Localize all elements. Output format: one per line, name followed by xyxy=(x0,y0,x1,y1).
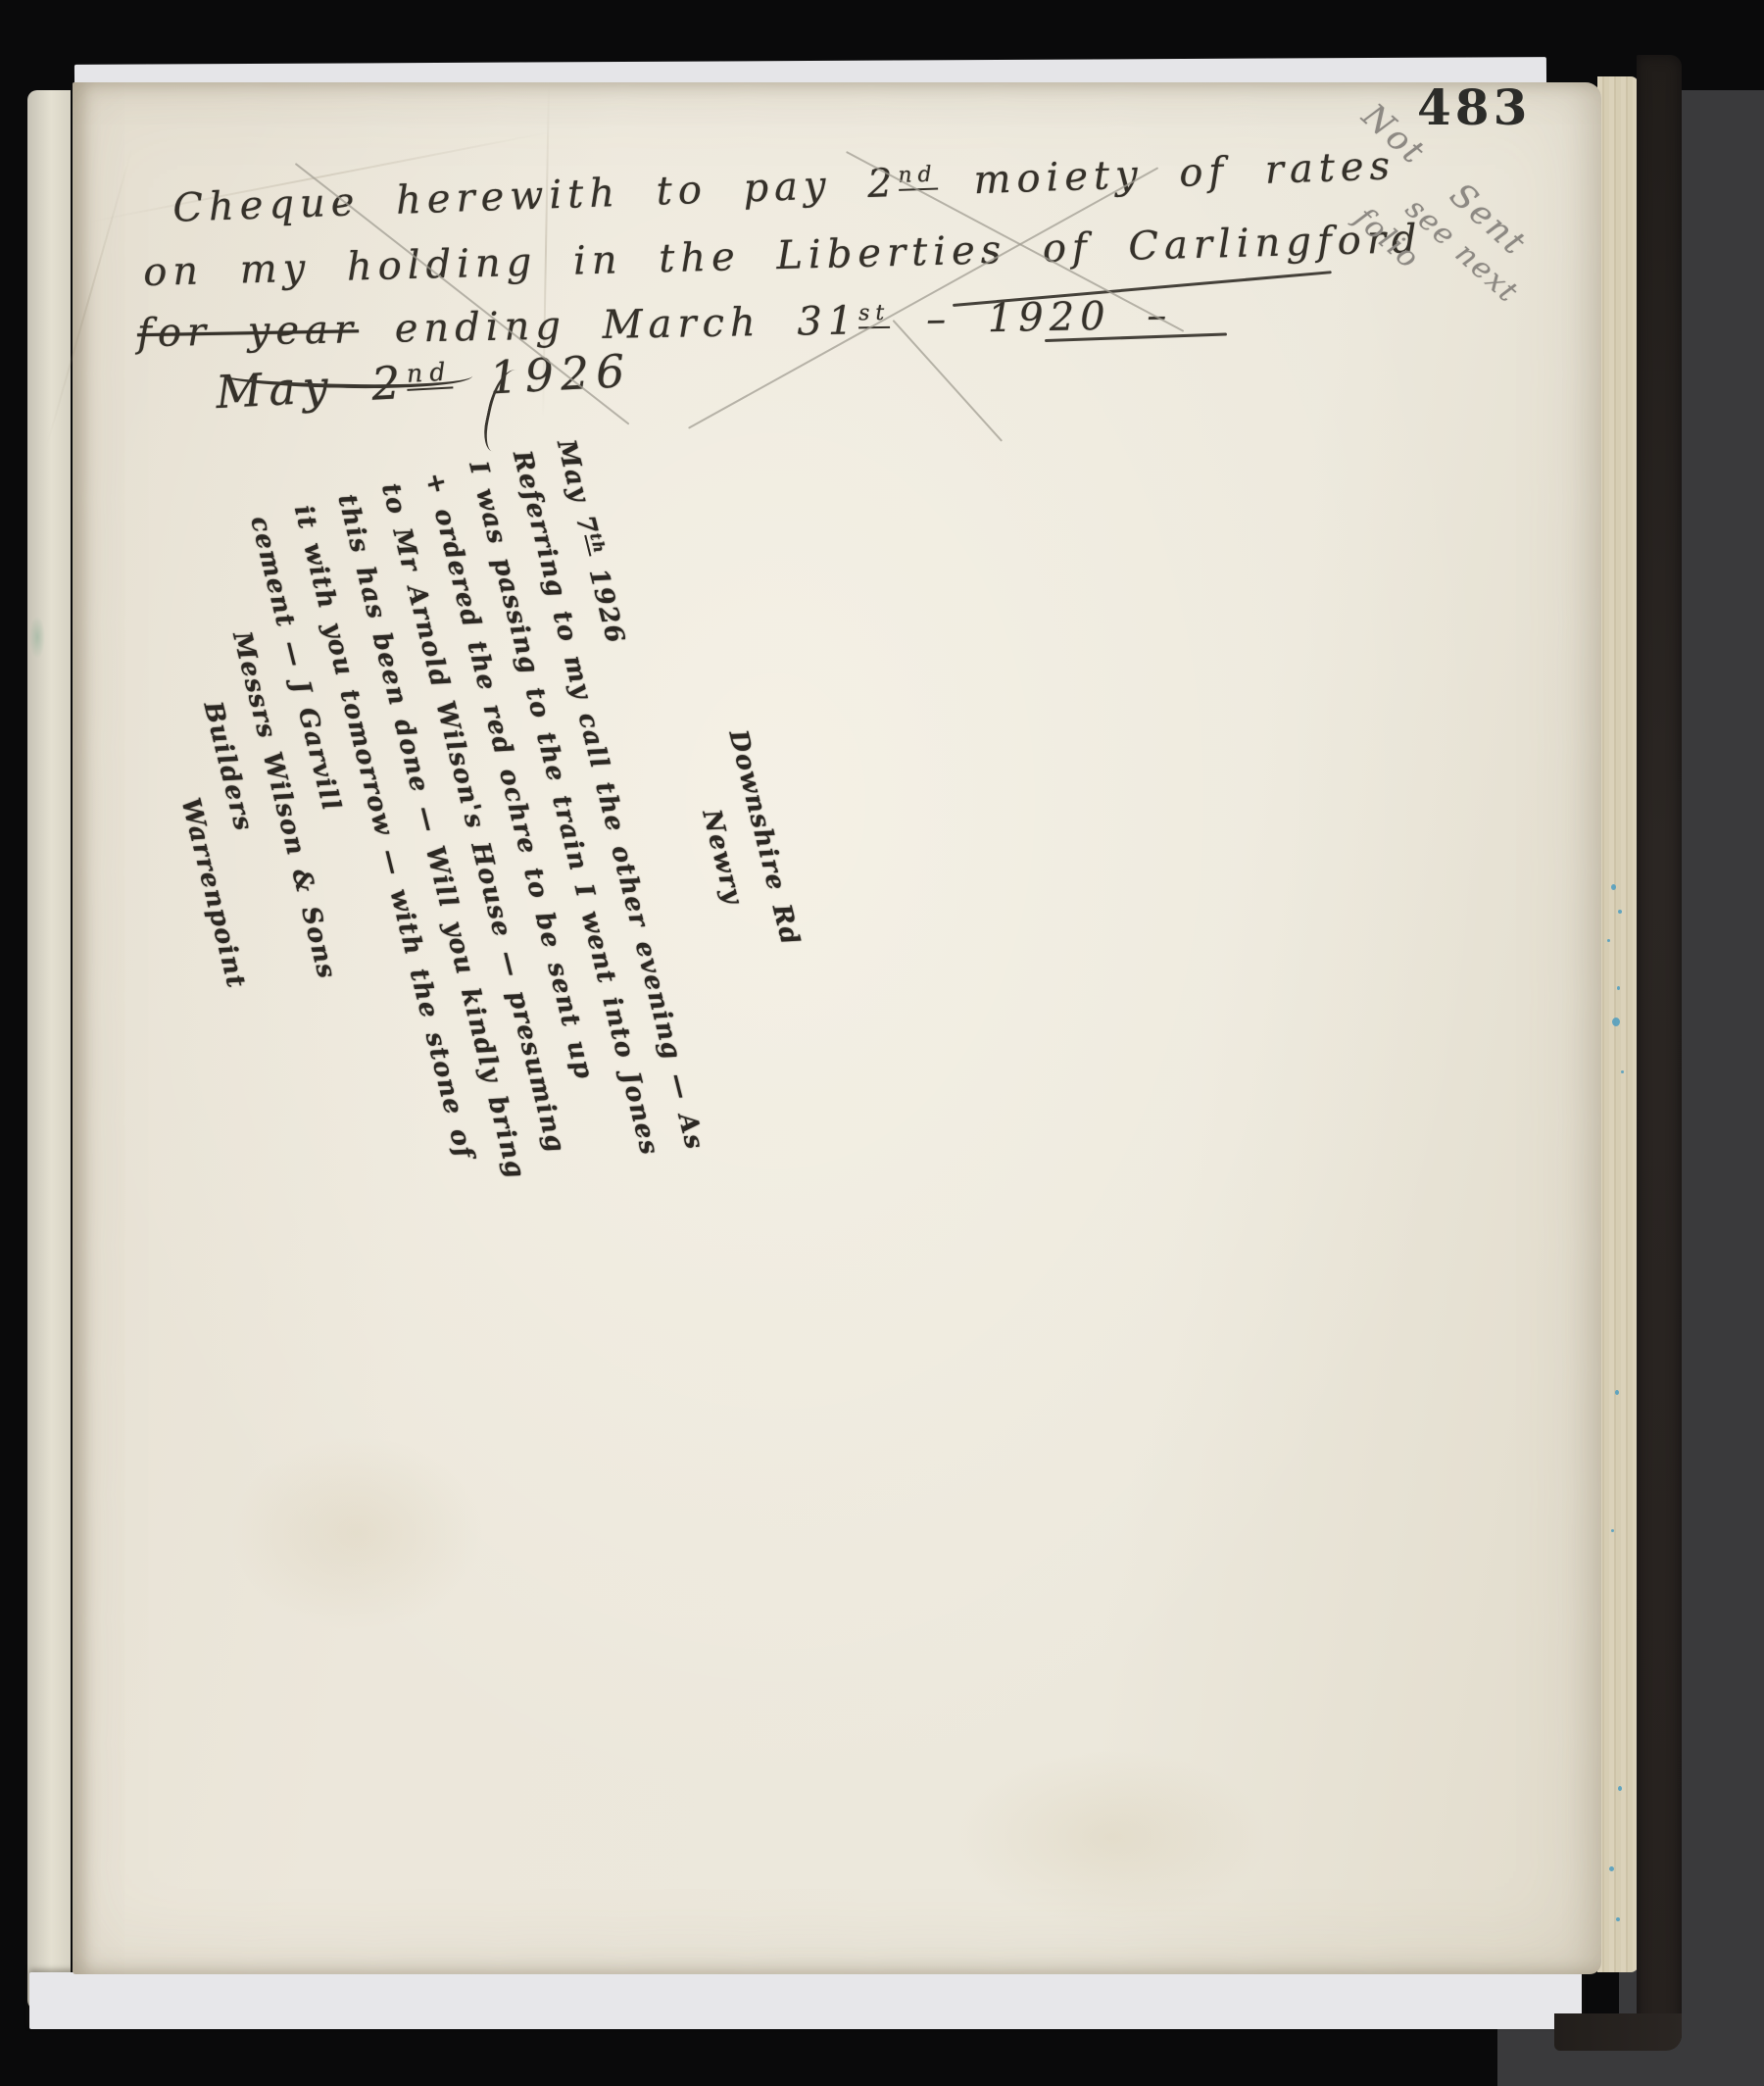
rotated-letter-copy: Downshire Rd Newry May 7th 1926 Referrin… xyxy=(101,412,833,1166)
letterbook-page: 483 Cheque herewith to pay 2nd moiety of… xyxy=(73,82,1601,1974)
ink-speck xyxy=(1609,1866,1614,1871)
pencil-annotation: Not Sent see next folio xyxy=(1270,95,1600,416)
ink-speck xyxy=(1611,884,1616,890)
ink-speck xyxy=(1611,1529,1614,1532)
ink-speck xyxy=(1607,939,1610,942)
memo-text: Cheque herewith to pay 2 xyxy=(172,161,900,231)
struck-words: for year xyxy=(137,307,360,356)
paper-stain xyxy=(229,1435,484,1631)
underlying-sheet-bottom-edge xyxy=(29,1972,1582,2029)
ink-speck xyxy=(1615,1390,1619,1395)
ink-speck xyxy=(1618,910,1622,914)
page-number: 483 xyxy=(1417,78,1531,136)
memo-line-3: for year ending March 31st – 1920 – xyxy=(137,293,1173,356)
book-cover xyxy=(1637,55,1682,2049)
photo-of-letterbook-page: 483 Cheque herewith to pay 2nd moiety of… xyxy=(0,0,1764,2086)
ordinal-superscript: nd xyxy=(898,162,938,190)
faint-ink-offset-mark xyxy=(29,616,45,659)
ink-speck xyxy=(1618,1786,1622,1791)
ink-speck xyxy=(1612,1018,1620,1026)
ink-speck xyxy=(1621,1070,1624,1073)
memo-line-2: on my holding in the Liberties of Carlin… xyxy=(143,217,1423,295)
memo-text: 1926 xyxy=(451,344,632,406)
memo-line-1: Cheque herewith to pay 2nd moiety of rat… xyxy=(172,143,1396,231)
ink-speck xyxy=(1617,986,1620,990)
book-cover-corner xyxy=(1554,2013,1682,2051)
ink-speck xyxy=(1616,1917,1620,1921)
paper-stain xyxy=(955,1749,1268,1925)
